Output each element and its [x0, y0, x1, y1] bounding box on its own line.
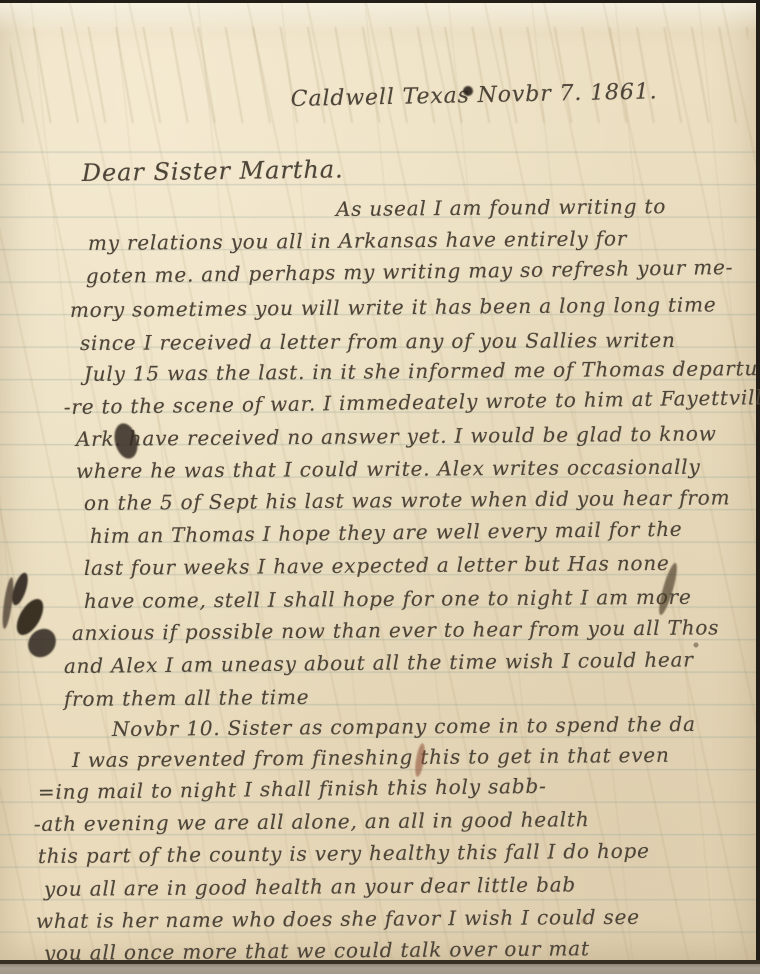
letter-line: As useal I am found writing to [336, 194, 666, 221]
letter-line: Novbr 10. Sister as company come in to s… [112, 712, 696, 741]
letter-line: since I received a letter from any of yo… [80, 328, 676, 355]
letter-line: have come, stell I shall hope for one to… [84, 585, 692, 613]
scanned-letter: Caldwell Texas Novbr 7. 1861. Dear Siste… [0, 0, 760, 974]
letter-line: last four weeks I have expected a letter… [84, 551, 670, 580]
letter-line: you all are in good health an your dear … [44, 872, 576, 901]
letter-page: Caldwell Texas Novbr 7. 1861. Dear Siste… [0, 3, 756, 960]
letter-line: my relations you all in Arkansas have en… [88, 226, 627, 255]
letter-line: where he was that I could write. Alex wr… [76, 455, 701, 483]
letter-line: -ath evening we are all alone, an all in… [34, 807, 590, 836]
letter-line: what is her name who does she favor I wi… [36, 905, 640, 933]
letter-line: from them all the time [64, 685, 310, 711]
scan-bottom-strip [0, 964, 760, 974]
letter-salutation: Dear Sister Martha. [82, 155, 344, 187]
